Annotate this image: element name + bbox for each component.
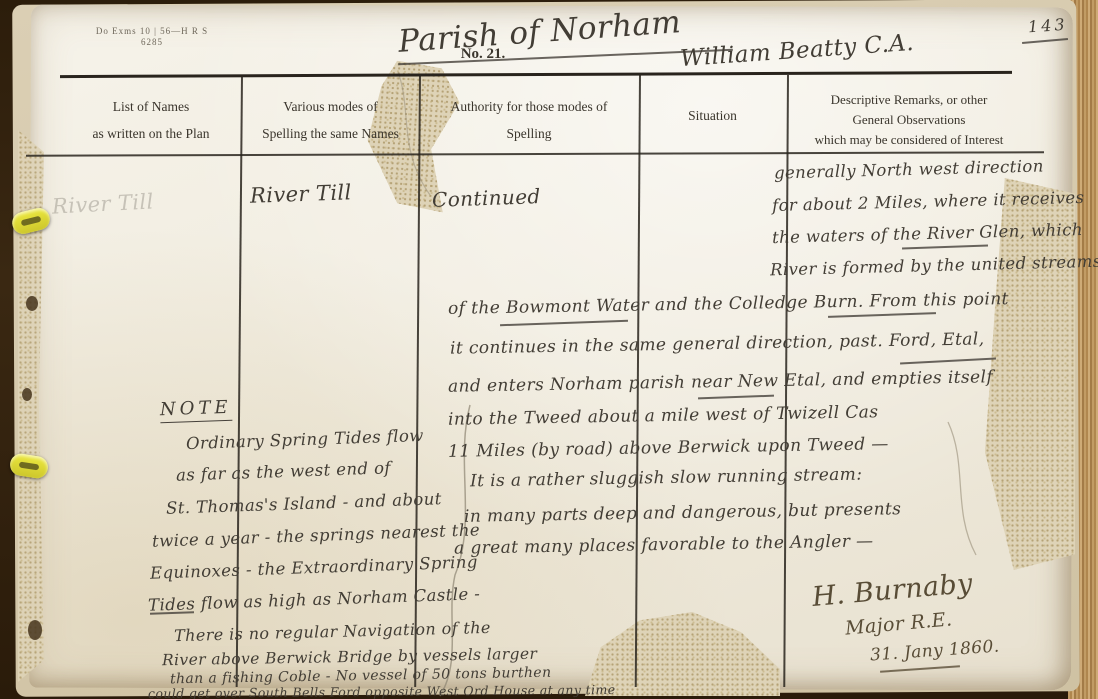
stamp-line-1: Do Exms 10 | 56—H R S xyxy=(82,26,222,37)
entry-name: River Till xyxy=(250,180,352,208)
column-header-spelling-modes: Various modes of Spelling the same Names xyxy=(248,93,413,147)
column-header-authority: Authority for those modes of Spelling xyxy=(428,93,630,147)
note-line: could get over South Bells Ford opposite… xyxy=(148,682,616,699)
column-header-line: Situation xyxy=(645,108,780,124)
column-header-line: as written on the Plan xyxy=(62,120,240,147)
stamp-line-2: 6285 xyxy=(82,37,222,48)
column-header-line: General Observations xyxy=(793,110,1025,130)
column-header-line: Descriptive Remarks, or other xyxy=(793,90,1025,110)
examiner-stamp: Do Exms 10 | 56—H R S 6285 xyxy=(82,26,222,48)
column-header-line: Spelling the same Names xyxy=(248,120,413,147)
column-header-names: List of Names as written on the Plan xyxy=(62,93,240,147)
note-heading: NOTE xyxy=(160,397,232,423)
scanned-namebook-page: Do Exms 10 | 56—H R S 6285 Parish of Nor… xyxy=(0,0,1098,699)
sheet-number: No. 21. xyxy=(448,46,518,63)
page-number: 143 xyxy=(1027,15,1068,37)
column-header-line: Spelling xyxy=(428,120,630,147)
entry-continued: Continued xyxy=(432,184,541,212)
column-header-line: which may be considered of Interest xyxy=(793,130,1025,150)
column-header-remarks: Descriptive Remarks, or other General Ob… xyxy=(793,90,1025,150)
column-header-line: List of Names xyxy=(62,93,240,120)
column-header-situation: Situation xyxy=(645,108,780,124)
column-header-line: Authority for those modes of xyxy=(428,93,630,120)
column-header-line: Various modes of xyxy=(248,93,413,120)
